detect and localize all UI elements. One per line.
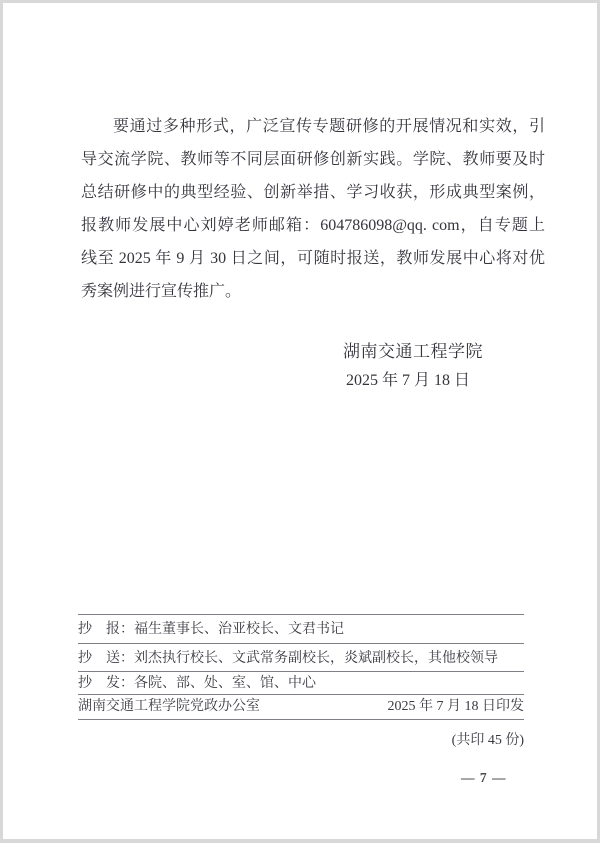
copy-report-label: 抄 报： — [78, 622, 134, 637]
copy-report-value: 福生董事长、治亚校长、文君书记 — [134, 622, 344, 637]
copy-issue-value: 各院、部、处、室、馆、中心 — [134, 676, 316, 691]
paragraph-line: 报教师发展中心刘婷老师邮箱：604786098@qq. com，自专题上 — [81, 209, 545, 242]
paragraph-line: 要通过多种形式，广泛宣传专题研修的开展情况和实效，引 — [81, 110, 545, 143]
copy-report-row: 抄 报：福生董事长、治亚校长、文君书记 — [78, 614, 524, 643]
paragraph-line: 总结研修中的典型经验、创新举措、学习收获，形成典型案例， — [81, 176, 545, 209]
copy-issue-row: 抄 发：各院、部、处、室、馆、中心 — [78, 671, 524, 694]
copy-send-value: 刘杰执行校长、文武常务副校长，炎斌副校长，其他校领导 — [134, 651, 498, 666]
body-paragraph: 要通过多种形式，广泛宣传专题研修的开展情况和实效，引 导交流学院、教师等不同层面… — [81, 110, 545, 308]
signature-date: 2025 年 7 月 18 日 — [346, 370, 470, 392]
copy-send-label: 抄 送： — [78, 651, 134, 666]
paragraph-line: 导交流学院、教师等不同层面研修创新实践。学院、教师要及时 — [81, 143, 545, 176]
issuer-row: 湖南交通工程学院党政办公室 2025 年 7 月 18 日印发 — [78, 694, 524, 720]
copy-send-row: 抄 送：刘杰执行校长、文武常务副校长，炎斌副校长，其他校领导 — [78, 643, 524, 671]
copy-issue-label: 抄 发： — [78, 676, 134, 691]
document-page: 要通过多种形式，广泛宣传专题研修的开展情况和实效，引 导交流学院、教师等不同层面… — [0, 0, 600, 843]
page-number: — 7 — — [461, 770, 507, 786]
paragraph-line: 线至 2025 年 9 月 30 日之间，可随时报送，教师发展中心将对优 — [81, 242, 545, 275]
issuer-office: 湖南交通工程学院党政办公室 — [78, 697, 260, 716]
colophon-block: 抄 报：福生董事长、治亚校长、文君书记 抄 送：刘杰执行校长、文武常务副校长，炎… — [78, 614, 524, 749]
copies-note: (共印 45 份) — [78, 720, 524, 749]
signature-organization: 湖南交通工程学院 — [343, 341, 483, 363]
paragraph-line: 秀案例进行宣传推广。 — [81, 275, 545, 308]
print-date: 2025 年 7 月 18 日印发 — [388, 697, 525, 716]
